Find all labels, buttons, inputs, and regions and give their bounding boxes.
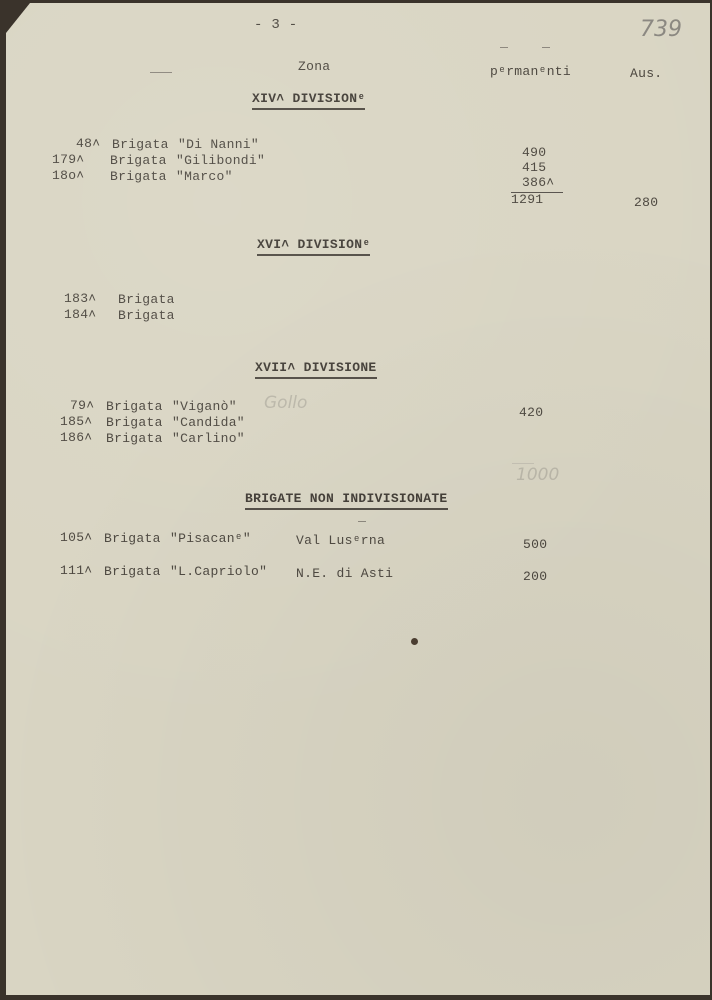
brigade-unit: Brigata: [106, 431, 163, 447]
brigade-unit: Brigata: [118, 308, 175, 324]
brigade-name: "L.Capriolo": [170, 564, 267, 580]
column-header-aus: Aus.: [630, 66, 662, 82]
brigade-number: 111˄: [60, 563, 92, 579]
brigade-number: 18o˄: [52, 168, 84, 184]
column-header-permanenti: pᵉrmanᵉnti: [490, 64, 571, 80]
permanenti-value: 500: [523, 537, 547, 553]
dash-mark: [358, 521, 366, 522]
section-title: BRIGATE NON INDIVISIONATE: [245, 491, 448, 510]
section-title: XIV˄ DIVISIONᵉ: [252, 91, 365, 110]
brigade-unit: Brigata: [110, 169, 167, 185]
brigade-name: "Gilibondi": [176, 153, 265, 169]
permanenti-value: 420: [519, 405, 543, 421]
section-title: XVII˄ DIVISIONE: [255, 360, 377, 379]
handwritten-total: 1000: [516, 465, 559, 485]
brigade-name: "Di Nanni": [178, 137, 259, 153]
ink-spot: [411, 638, 418, 645]
brigade-name: "Pisacanᵉ": [170, 531, 251, 547]
dash-mark: [150, 72, 172, 73]
permanenti-value: 415: [522, 160, 546, 176]
brigade-unit: Brigata: [110, 153, 167, 169]
page-number: - 3 -: [254, 17, 298, 33]
brigade-number: 185˄: [60, 414, 92, 430]
zona-value: N.E. di Asti: [296, 566, 393, 582]
brigade-name: "Candida": [172, 415, 245, 431]
brigade-unit: Brigata: [106, 415, 163, 431]
brigade-unit: Brigata: [104, 531, 161, 547]
column-header-zona: Zona: [298, 59, 330, 75]
brigade-number: 48˄: [76, 136, 100, 152]
total-aus: 280: [634, 195, 658, 211]
brigade-unit: Brigata: [118, 292, 175, 308]
brigade-name: "Viganò": [172, 399, 237, 415]
handwritten-annotation: Gollo: [264, 393, 307, 413]
total-permanenti: 1291: [511, 192, 543, 208]
permanenti-value: 200: [523, 569, 547, 585]
dash-mark: [542, 47, 550, 48]
section-title: XVI˄ DIVISIONᵉ: [257, 237, 370, 256]
pencil-line: [512, 463, 534, 464]
brigade-name: "Marco": [176, 169, 233, 185]
archive-number: 739: [640, 17, 682, 42]
brigade-unit: Brigata: [106, 399, 163, 415]
zona-value: Val Lusᵉrna: [296, 533, 385, 549]
brigade-number: 179˄: [52, 152, 84, 168]
brigade-unit: Brigata: [104, 564, 161, 580]
permanenti-value: 490: [522, 145, 546, 161]
brigade-number: 79˄: [70, 398, 94, 414]
brigade-number: 186˄: [60, 430, 92, 446]
brigade-number: 184˄: [64, 307, 96, 323]
permanenti-value: 386˄: [522, 175, 554, 191]
brigade-unit: Brigata: [112, 137, 169, 153]
brigade-number: 105˄: [60, 530, 92, 546]
document-page: - 3 - 739 Zona pᵉrmanᵉnti Aus. XIV˄ DIVI…: [6, 3, 710, 995]
brigade-number: 183˄: [64, 291, 96, 307]
dash-mark: [500, 47, 508, 48]
brigade-name: "Carlino": [172, 431, 245, 447]
